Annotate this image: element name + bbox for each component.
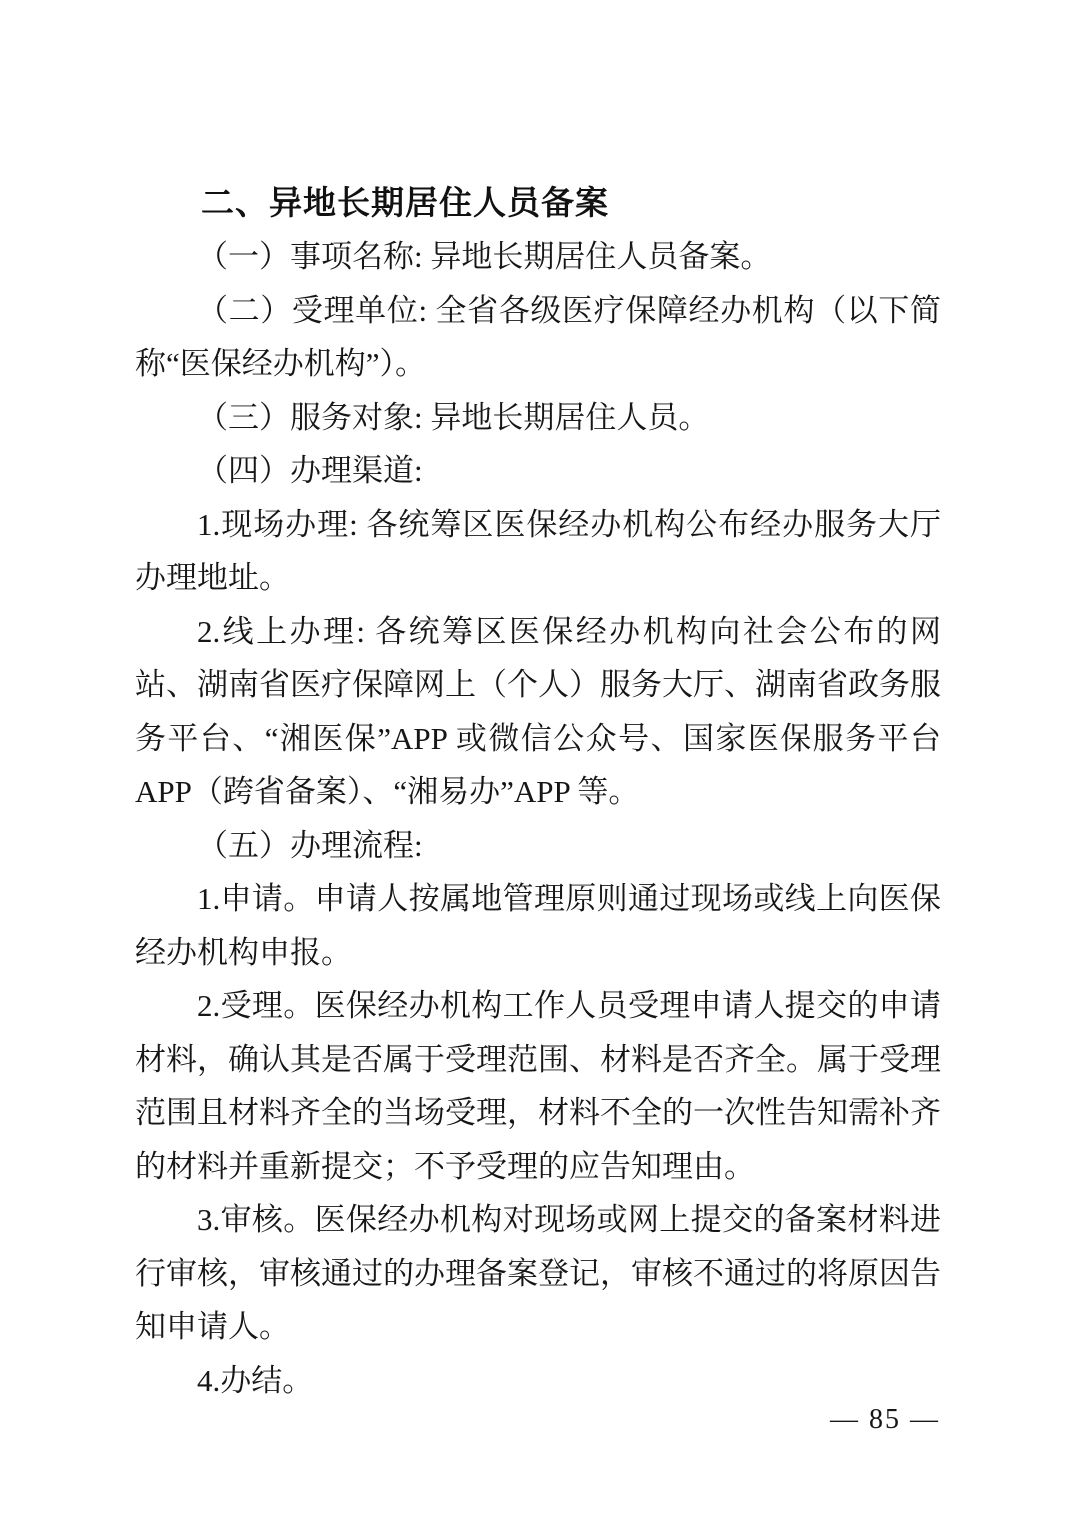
page-number: — 85 — <box>830 1404 940 1436</box>
section-heading: 二、异地长期居住人员备案 <box>135 176 941 230</box>
paragraph-step-apply: 1.申请。申请人按属地管理原则通过现场或线上向医保经办机构申报。 <box>135 872 941 979</box>
paragraph-step-complete: 4.办结。 <box>135 1354 941 1408</box>
paragraph-step-review: 3.审核。医保经办机构对现场或网上提交的备案材料进行审核，审核通过的办理备案登记… <box>135 1193 941 1354</box>
paragraph-channels-label: （四）办理渠道: <box>135 444 941 498</box>
paragraph-service-target: （三）服务对象: 异地长期居住人员。 <box>135 391 941 445</box>
paragraph-accepting-unit: （二）受理单位: 全省各级医疗保障经办机构（以下简称“医保经办机构”）。 <box>135 284 941 391</box>
document-page: 二、异地长期居住人员备案 （一）事项名称: 异地长期居住人员备案。 （二）受理单… <box>0 0 1074 1520</box>
paragraph-item-name: （一）事项名称: 异地长期居住人员备案。 <box>135 230 941 284</box>
paragraph-onsite-channel: 1.现场办理: 各统筹区医保经办机构公布经办服务大厅办理地址。 <box>135 498 941 605</box>
document-body: 二、异地长期居住人员备案 （一）事项名称: 异地长期居住人员备案。 （二）受理单… <box>135 176 941 1407</box>
paragraph-online-channel: 2.线上办理: 各统筹区医保经办机构向社会公布的网站、湖南省医疗保障网上（个人）… <box>135 605 941 819</box>
paragraph-process-label: （五）办理流程: <box>135 819 941 873</box>
paragraph-step-accept: 2.受理。医保经办机构工作人员受理申请人提交的申请材料，确认其是否属于受理范围、… <box>135 979 941 1193</box>
